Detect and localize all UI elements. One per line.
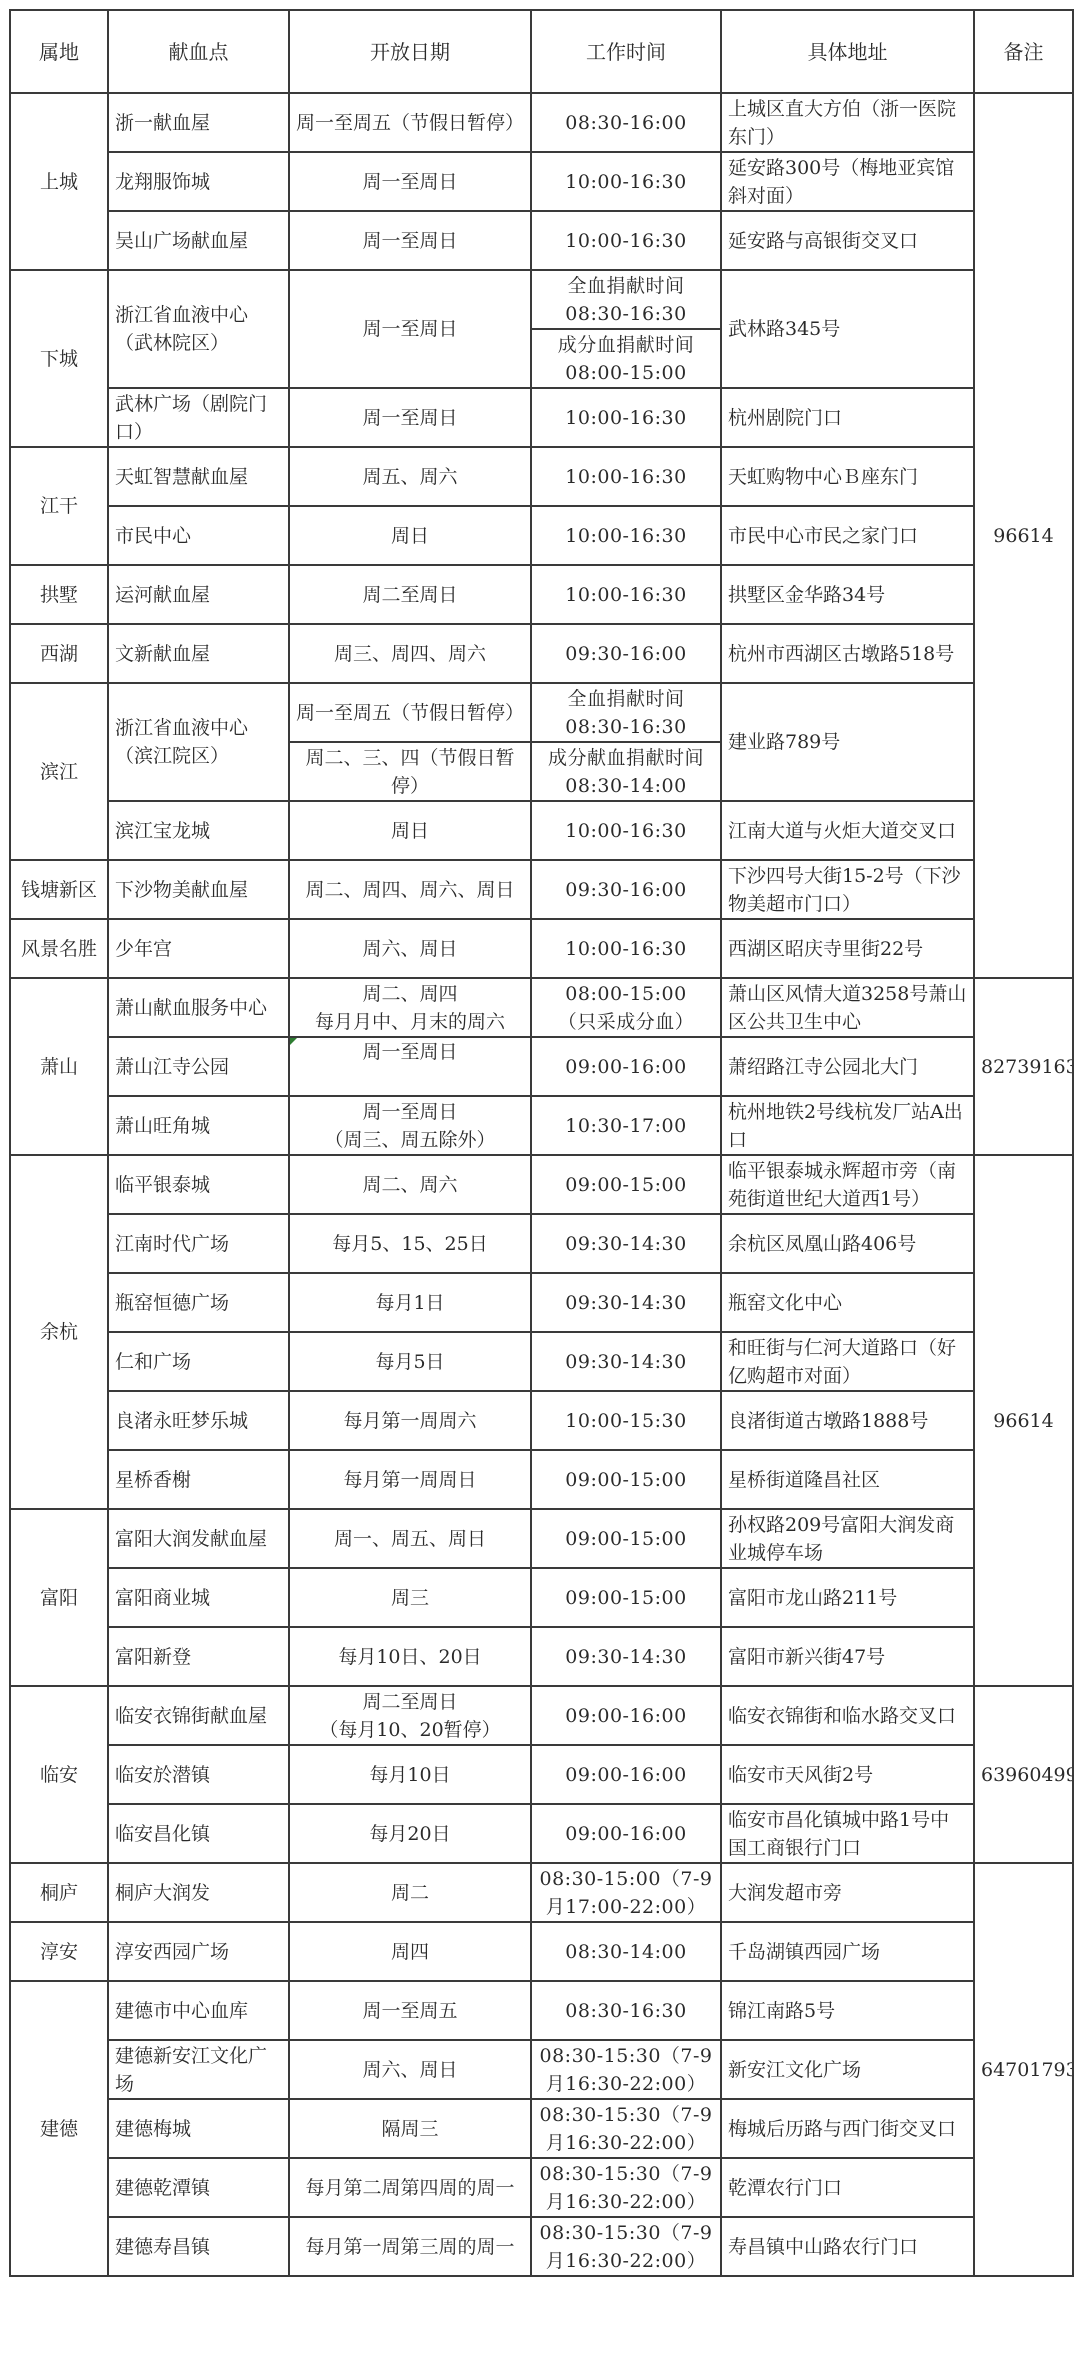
days-cell: 周一至周日: [289, 211, 531, 270]
address-cell: 杭州市西湖区古墩路518号: [721, 624, 974, 683]
table-row: 钱塘新区 下沙物美献血屋 周二、周四、周六、周日 09:30-16:00 下沙四…: [10, 860, 1073, 919]
days-cell: 周一至周日: [289, 388, 531, 447]
site-cell: 建德新安江文化广场: [108, 2040, 289, 2099]
table-row: 萧山旺角城 周一至周日 （周三、周五除外） 10:30-17:00 杭州地铁2号…: [10, 1096, 1073, 1155]
header-hours: 工作时间: [531, 10, 721, 93]
address-cell: 瓶窑文化中心: [721, 1273, 974, 1332]
hours-cell: 09:30-14:30: [531, 1273, 721, 1332]
site-cell: 仁和广场: [108, 1332, 289, 1391]
site-cell: 良渚永旺梦乐城: [108, 1391, 289, 1450]
table-row: 桐庐 桐庐大润发 周二 08:30-15:00（7-9月17:00-22:00）…: [10, 1863, 1073, 1922]
site-cell: 下沙物美献血屋: [108, 860, 289, 919]
site-cell: 建德寿昌镇: [108, 2217, 289, 2276]
header-site: 献血点: [108, 10, 289, 93]
region-cell: 淳安: [10, 1922, 108, 1981]
address-cell: 千岛湖镇西园广场: [721, 1922, 974, 1981]
days-cell: 周一至周日: [289, 152, 531, 211]
address-cell: 余杭区凤凰山路406号: [721, 1214, 974, 1273]
hours-cell: 09:00-15:00: [531, 1155, 721, 1214]
hours-cell: 10:00-16:30: [531, 447, 721, 506]
table-row: 临安昌化镇 每月20日 09:00-16:00 临安市昌化镇城中路1号中国工商银…: [10, 1804, 1073, 1863]
hours-cell: 10:00-16:30: [531, 152, 721, 211]
table-row: 淳安 淳安西园广场 周四 08:30-14:00 千岛湖镇西园广场: [10, 1922, 1073, 1981]
address-cell: 临平银泰城永辉超市旁（南苑街道世纪大道西1号）: [721, 1155, 974, 1214]
hours-cell: 09:30-14:30: [531, 1627, 721, 1686]
days-cell: 每月20日: [289, 1804, 531, 1863]
address-cell: 杭州地铁2号线杭发厂站A出口: [721, 1096, 974, 1155]
days-cell: 每月1日: [289, 1273, 531, 1332]
region-cell: 西湖: [10, 624, 108, 683]
site-cell: 富阳大润发献血屋: [108, 1509, 289, 1568]
hours-cell: 08:30-15:30（7-9月16:30-22:00）: [531, 2040, 721, 2099]
address-cell: 临安市昌化镇城中路1号中国工商银行门口: [721, 1804, 974, 1863]
days-cell: 周三: [289, 1568, 531, 1627]
address-cell: 富阳市龙山路211号: [721, 1568, 974, 1627]
table-row: 富阳 富阳大润发献血屋 周一、周五、周日 09:00-15:00 孙权路209号…: [10, 1509, 1073, 1568]
site-cell: 瓶窑恒德广场: [108, 1273, 289, 1332]
address-cell: 乾潭农行门口: [721, 2158, 974, 2217]
table-row: 建德梅城 隔周三 08:30-15:30（7-9月16:30-22:00） 梅城…: [10, 2099, 1073, 2158]
site-cell: 龙翔服饰城: [108, 152, 289, 211]
header-open-days: 开放日期: [289, 10, 531, 93]
days-cell: 每月第一周周日: [289, 1450, 531, 1509]
hours-cell: 10:00-15:30: [531, 1391, 721, 1450]
hours-cell: 09:30-16:00: [531, 624, 721, 683]
hours-cell: 10:00-16:30: [531, 506, 721, 565]
hours-cell: 10:30-17:00: [531, 1096, 721, 1155]
table-row: 龙翔服饰城 周一至周日 10:00-16:30 延安路300号（梅地亚宾馆斜对面…: [10, 152, 1073, 211]
site-cell: 浙一献血屋: [108, 93, 289, 152]
region-cell: 江干: [10, 447, 108, 565]
region-cell: 滨江: [10, 683, 108, 860]
address-cell: 西湖区昭庆寺里街22号: [721, 919, 974, 978]
hours-cell: 09:00-15:00: [531, 1450, 721, 1509]
address-cell: 星桥街道隆昌社区: [721, 1450, 974, 1509]
table-row: 萧山江寺公园 周一至周日 09:00-16:00 萧绍路江寺公园北大门: [10, 1037, 1073, 1096]
table-row: 建德乾潭镇 每月第二周第四周的周一 08:30-15:30（7-9月16:30-…: [10, 2158, 1073, 2217]
table-row: 良渚永旺梦乐城 每月第一周周六 10:00-15:30 良渚街道古墩路1888号: [10, 1391, 1073, 1450]
header-remark: 备注: [974, 10, 1073, 93]
table-row: 拱墅 运河献血屋 周二至周日 10:00-16:30 拱墅区金华路34号: [10, 565, 1073, 624]
site-cell: 吴山广场献血屋: [108, 211, 289, 270]
site-cell: 江南时代广场: [108, 1214, 289, 1273]
address-cell: 大润发超市旁: [721, 1863, 974, 1922]
hours-cell: 09:00-16:00: [531, 1804, 721, 1863]
hours-cell: 08:00-15:00 （只采成分血）: [531, 978, 721, 1037]
region-cell: 建德: [10, 1981, 108, 2276]
table-row: 风景名胜 少年宫 周六、周日 10:00-16:30 西湖区昭庆寺里街22号: [10, 919, 1073, 978]
table-header-row: 属地 献血点 开放日期 工作时间 具体地址 备注: [10, 10, 1073, 93]
region-cell: 上城: [10, 93, 108, 270]
days-cell: 周二: [289, 1863, 531, 1922]
site-cell: 萧山江寺公园: [108, 1037, 289, 1096]
hours-cell: 08:30-16:30: [531, 1981, 721, 2040]
remark-phone-cell: 96614: [974, 93, 1073, 978]
site-cell: 武林广场（剧院门口）: [108, 388, 289, 447]
days-cell: 每月第一周第三周的周一: [289, 2217, 531, 2276]
header-address: 具体地址: [721, 10, 974, 93]
address-cell: 梅城后历路与西门街交叉口: [721, 2099, 974, 2158]
days-cell: 周六、周日: [289, 2040, 531, 2099]
region-cell: 钱塘新区: [10, 860, 108, 919]
hours-cell: 10:00-16:30: [531, 211, 721, 270]
table-row: 瓶窑恒德广场 每月1日 09:30-14:30 瓶窑文化中心: [10, 1273, 1073, 1332]
address-cell: 下沙四号大街15-2号（下沙物美超市门口）: [721, 860, 974, 919]
address-cell: 天虹购物中心Ｂ座东门: [721, 447, 974, 506]
table-row: 滨江宝龙城 周日 10:00-16:30 江南大道与火炬大道交叉口: [10, 801, 1073, 860]
hours-cell: 08:30-15:00（7-9月17:00-22:00）: [531, 1863, 721, 1922]
header-region: 属地: [10, 10, 108, 93]
table-row: 建德寿昌镇 每月第一周第三周的周一 08:30-15:30（7-9月16:30-…: [10, 2217, 1073, 2276]
days-cell: 周六、周日: [289, 919, 531, 978]
table-row: 下城 浙江省血液中心（武林院区） 周一至周日 全血捐献时间 08:30-16:3…: [10, 270, 1073, 329]
address-cell: 富阳市新兴街47号: [721, 1627, 974, 1686]
hours-cell: 08:30-15:30（7-9月16:30-22:00）: [531, 2158, 721, 2217]
address-cell: 良渚街道古墩路1888号: [721, 1391, 974, 1450]
days-cell: 每月5、15、25日: [289, 1214, 531, 1273]
remark-phone-cell: 63960499: [974, 1686, 1073, 1863]
address-cell: 市民中心市民之家门口: [721, 506, 974, 565]
region-cell: 临安: [10, 1686, 108, 1863]
region-cell: 萧山: [10, 978, 108, 1155]
table-row: 西湖 文新献血屋 周三、周四、周六 09:30-16:00 杭州市西湖区古墩路5…: [10, 624, 1073, 683]
days-cell: 周二、周四、周六、周日: [289, 860, 531, 919]
address-cell: 孙权路209号富阳大润发商业城停车场: [721, 1509, 974, 1568]
site-cell: 临安昌化镇: [108, 1804, 289, 1863]
days-cell: 周三、周四、周六: [289, 624, 531, 683]
donation-sites-table: 属地 献血点 开放日期 工作时间 具体地址 备注 上城 浙一献血屋 周一至周五（…: [9, 9, 1074, 2277]
table-row: 余杭 临平银泰城 周二、周六 09:00-15:00 临平银泰城永辉超市旁（南苑…: [10, 1155, 1073, 1214]
days-cell: 周二至周日 （每月10、20暂停）: [289, 1686, 531, 1745]
region-cell: 拱墅: [10, 565, 108, 624]
table-row: 富阳商业城 周三 09:00-15:00 富阳市龙山路211号: [10, 1568, 1073, 1627]
table-row: 临安於潜镇 每月10日 09:00-16:00 临安市天风街2号: [10, 1745, 1073, 1804]
blood-donation-schedule-sheet: 属地 献血点 开放日期 工作时间 具体地址 备注 上城 浙一献血屋 周一至周五（…: [9, 9, 1074, 2277]
region-cell: 富阳: [10, 1509, 108, 1686]
table-row: 富阳新登 每月10日、20日 09:30-14:30 富阳市新兴街47号: [10, 1627, 1073, 1686]
address-cell: 临安市天风街2号: [721, 1745, 974, 1804]
region-cell: 余杭: [10, 1155, 108, 1509]
table-row: 仁和广场 每月5日 09:30-14:30 和旺街与仁河大道路口（好亿购超市对面…: [10, 1332, 1073, 1391]
hours-cell: 09:00-16:00: [531, 1686, 721, 1745]
hours-cell: 09:00-16:00: [531, 1037, 721, 1096]
days-cell: 周日: [289, 506, 531, 565]
address-cell: 拱墅区金华路34号: [721, 565, 974, 624]
table-row: 建德 建德市中心血库 周一至周五 08:30-16:30 锦江南路5号: [10, 1981, 1073, 2040]
hours-cell: 10:00-16:30: [531, 919, 721, 978]
table-row: 星桥香榭 每月第一周周日 09:00-15:00 星桥街道隆昌社区: [10, 1450, 1073, 1509]
site-cell: 文新献血屋: [108, 624, 289, 683]
region-cell: 下城: [10, 270, 108, 447]
remark-phone-cell: 96614: [974, 1155, 1073, 1686]
hours-cell: 08:30-15:30（7-9月16:30-22:00）: [531, 2217, 721, 2276]
address-cell: 寿昌镇中山路农行门口: [721, 2217, 974, 2276]
table-row: 江南时代广场 每月5、15、25日 09:30-14:30 余杭区凤凰山路406…: [10, 1214, 1073, 1273]
table-row: 市民中心 周日 10:00-16:30 市民中心市民之家门口: [10, 506, 1073, 565]
days-cell: 周一至周日 （周三、周五除外）: [289, 1096, 531, 1155]
site-cell: 建德市中心血库: [108, 1981, 289, 2040]
table-row: 吴山广场献血屋 周一至周日 10:00-16:30 延安路与高银街交叉口: [10, 211, 1073, 270]
site-cell: 临安於潜镇: [108, 1745, 289, 1804]
site-cell: 临安衣锦街献血屋: [108, 1686, 289, 1745]
days-cell: 每月10日: [289, 1745, 531, 1804]
address-cell: 延安路300号（梅地亚宾馆斜对面）: [721, 152, 974, 211]
days-cell: 周二、周四 每月月中、月末的周六: [289, 978, 531, 1037]
address-cell: 武林路345号: [721, 270, 974, 388]
hours-cell: 09:00-15:00: [531, 1509, 721, 1568]
address-cell: 临安衣锦街和临水路交叉口: [721, 1686, 974, 1745]
hours-cell: 10:00-16:30: [531, 565, 721, 624]
site-cell: 天虹智慧献血屋: [108, 447, 289, 506]
region-cell: 桐庐: [10, 1863, 108, 1922]
address-cell: 萧山区风情大道3258号萧山区公共卫生中心: [721, 978, 974, 1037]
address-cell: 杭州剧院门口: [721, 388, 974, 447]
table-row: 临安 临安衣锦街献血屋 周二至周日 （每月10、20暂停） 09:00-16:0…: [10, 1686, 1073, 1745]
site-cell: 淳安西园广场: [108, 1922, 289, 1981]
days-cell: 周四: [289, 1922, 531, 1981]
days-cell: 周一、周五、周日: [289, 1509, 531, 1568]
site-cell: 少年宫: [108, 919, 289, 978]
site-cell: 滨江宝龙城: [108, 801, 289, 860]
days-cell: 周一至周五（节假日暂停）: [289, 93, 531, 152]
hours-cell: 08:30-14:00: [531, 1922, 721, 1981]
table-row: 萧山 萧山献血服务中心 周二、周四 每月月中、月末的周六 08:00-15:00…: [10, 978, 1073, 1037]
days-cell: 周日: [289, 801, 531, 860]
days-cell: 每月第二周第四周的周一: [289, 2158, 531, 2217]
hours-cell: 09:30-14:30: [531, 1214, 721, 1273]
site-cell: 临平银泰城: [108, 1155, 289, 1214]
site-cell: 浙江省血液中心（滨江院区）: [108, 683, 289, 801]
table-row: 江干 天虹智慧献血屋 周五、周六 10:00-16:30 天虹购物中心Ｂ座东门: [10, 447, 1073, 506]
address-cell: 锦江南路5号: [721, 1981, 974, 2040]
days-cell-with-comment: 周一至周日: [289, 1037, 531, 1096]
days-cell: 隔周三: [289, 2099, 531, 2158]
site-cell: 市民中心: [108, 506, 289, 565]
address-cell: 和旺街与仁河大道路口（好亿购超市对面）: [721, 1332, 974, 1391]
days-cell: 周二、三、四（节假日暂停）: [289, 742, 531, 801]
days-cell: 每月第一周周六: [289, 1391, 531, 1450]
site-cell: 富阳新登: [108, 1627, 289, 1686]
table-row: 滨江 浙江省血液中心（滨江院区） 周一至周五（节假日暂停） 全血捐献时间 08:…: [10, 683, 1073, 742]
site-cell: 建德梅城: [108, 2099, 289, 2158]
hours-cell-component-blood: 成分献血捐献时间 08:30-14:00: [531, 742, 721, 801]
days-cell: 每月5日: [289, 1332, 531, 1391]
table-row: 武林广场（剧院门口） 周一至周日 10:00-16:30 杭州剧院门口: [10, 388, 1073, 447]
site-cell: 星桥香榭: [108, 1450, 289, 1509]
table-row: 建德新安江文化广场 周六、周日 08:30-15:30（7-9月16:30-22…: [10, 2040, 1073, 2099]
hours-cell: 09:00-16:00: [531, 1745, 721, 1804]
remark-phone-cell: 82739163: [974, 978, 1073, 1155]
site-cell: 桐庐大润发: [108, 1863, 289, 1922]
remark-phone-cell: 64701793: [974, 1863, 1073, 2276]
hours-cell: 08:30-15:30（7-9月16:30-22:00）: [531, 2099, 721, 2158]
days-cell: 周二、周六: [289, 1155, 531, 1214]
days-cell: 周一至周五（节假日暂停）: [289, 683, 531, 742]
address-cell: 建业路789号: [721, 683, 974, 801]
site-cell: 富阳商业城: [108, 1568, 289, 1627]
hours-cell: 09:30-16:00: [531, 860, 721, 919]
days-cell: 每月10日、20日: [289, 1627, 531, 1686]
hours-cell-whole-blood: 全血捐献时间 08:30-16:30: [531, 683, 721, 742]
days-cell: 周二至周日: [289, 565, 531, 624]
address-cell: 延安路与高银街交叉口: [721, 211, 974, 270]
site-cell: 萧山献血服务中心: [108, 978, 289, 1037]
address-cell: 萧绍路江寺公园北大门: [721, 1037, 974, 1096]
days-cell: 周一至周日: [289, 270, 531, 388]
hours-cell: 09:00-15:00: [531, 1568, 721, 1627]
site-cell: 建德乾潭镇: [108, 2158, 289, 2217]
address-cell: 新安江文化广场: [721, 2040, 974, 2099]
hours-cell: 10:00-16:30: [531, 388, 721, 447]
address-cell: 上城区直大方伯（浙一医院东门）: [721, 93, 974, 152]
site-cell: 萧山旺角城: [108, 1096, 289, 1155]
site-cell: 运河献血屋: [108, 565, 289, 624]
region-cell: 风景名胜: [10, 919, 108, 978]
hours-cell-component-blood: 成分血捐献时间 08:00-15:00: [531, 329, 721, 388]
days-cell: 周五、周六: [289, 447, 531, 506]
hours-cell: 08:30-16:00: [531, 93, 721, 152]
table-row: 上城 浙一献血屋 周一至周五（节假日暂停） 08:30-16:00 上城区直大方…: [10, 93, 1073, 152]
hours-cell: 09:30-14:30: [531, 1332, 721, 1391]
site-cell: 浙江省血液中心（武林院区）: [108, 270, 289, 388]
hours-cell-whole-blood: 全血捐献时间 08:30-16:30: [531, 270, 721, 329]
hours-cell: 10:00-16:30: [531, 801, 721, 860]
days-cell: 周一至周五: [289, 1981, 531, 2040]
address-cell: 江南大道与火炬大道交叉口: [721, 801, 974, 860]
